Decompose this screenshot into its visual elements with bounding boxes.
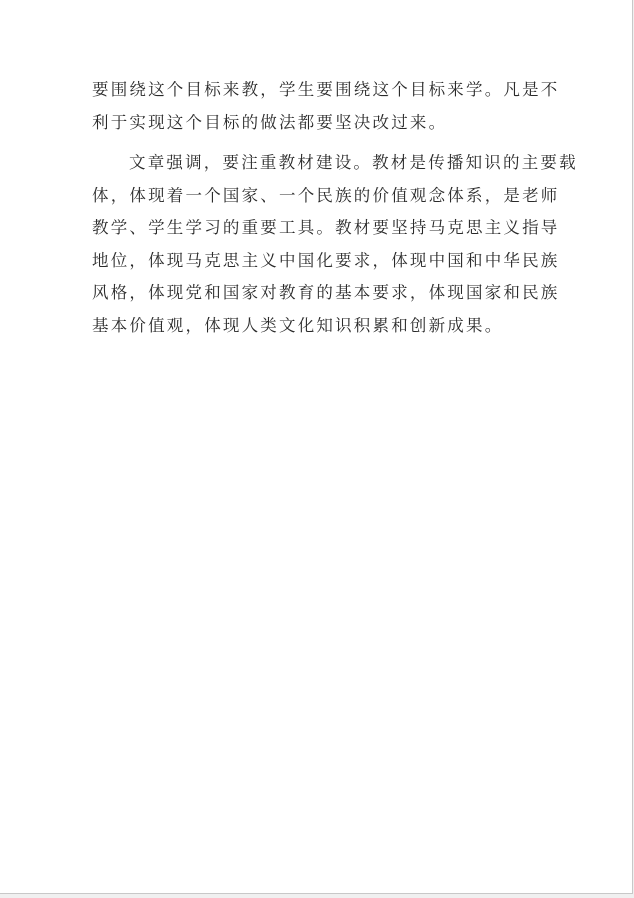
text-line: 文章强调，要注重教材建设。教材是传播知识的主要载 xyxy=(92,147,532,180)
document-page: 要围绕这个目标来教，学生要围绕这个目标来学。凡是不 利于实现这个目标的做法都要坚… xyxy=(0,0,633,894)
paragraph-1: 要围绕这个目标来教，学生要围绕这个目标来学。凡是不 利于实现这个目标的做法都要坚… xyxy=(92,74,532,139)
text-line: 风格，体现党和国家对教育的基本要求，体现国家和民族 xyxy=(92,277,532,310)
document-body: 要围绕这个目标来教，学生要围绕这个目标来学。凡是不 利于实现这个目标的做法都要坚… xyxy=(92,74,532,342)
text-line: 要围绕这个目标来教，学生要围绕这个目标来学。凡是不 xyxy=(92,74,532,107)
text-line: 基本价值观，体现人类文化知识积累和创新成果。 xyxy=(92,310,532,343)
text-line: 教学、学生学习的重要工具。教材要坚持马克思主义指导 xyxy=(92,212,532,245)
paragraph-2: 文章强调，要注重教材建设。教材是传播知识的主要载 体，体现着一个国家、一个民族的… xyxy=(92,147,532,342)
text-line: 利于实现这个目标的做法都要坚决改过来。 xyxy=(92,107,532,140)
text-line: 体，体现着一个国家、一个民族的价值观念体系，是老师 xyxy=(92,180,532,213)
text-line: 地位，体现马克思主义中国化要求，体现中国和中华民族 xyxy=(92,245,532,278)
document-viewport: 要围绕这个目标来教，学生要围绕这个目标来学。凡是不 利于实现这个目标的做法都要坚… xyxy=(0,0,634,898)
